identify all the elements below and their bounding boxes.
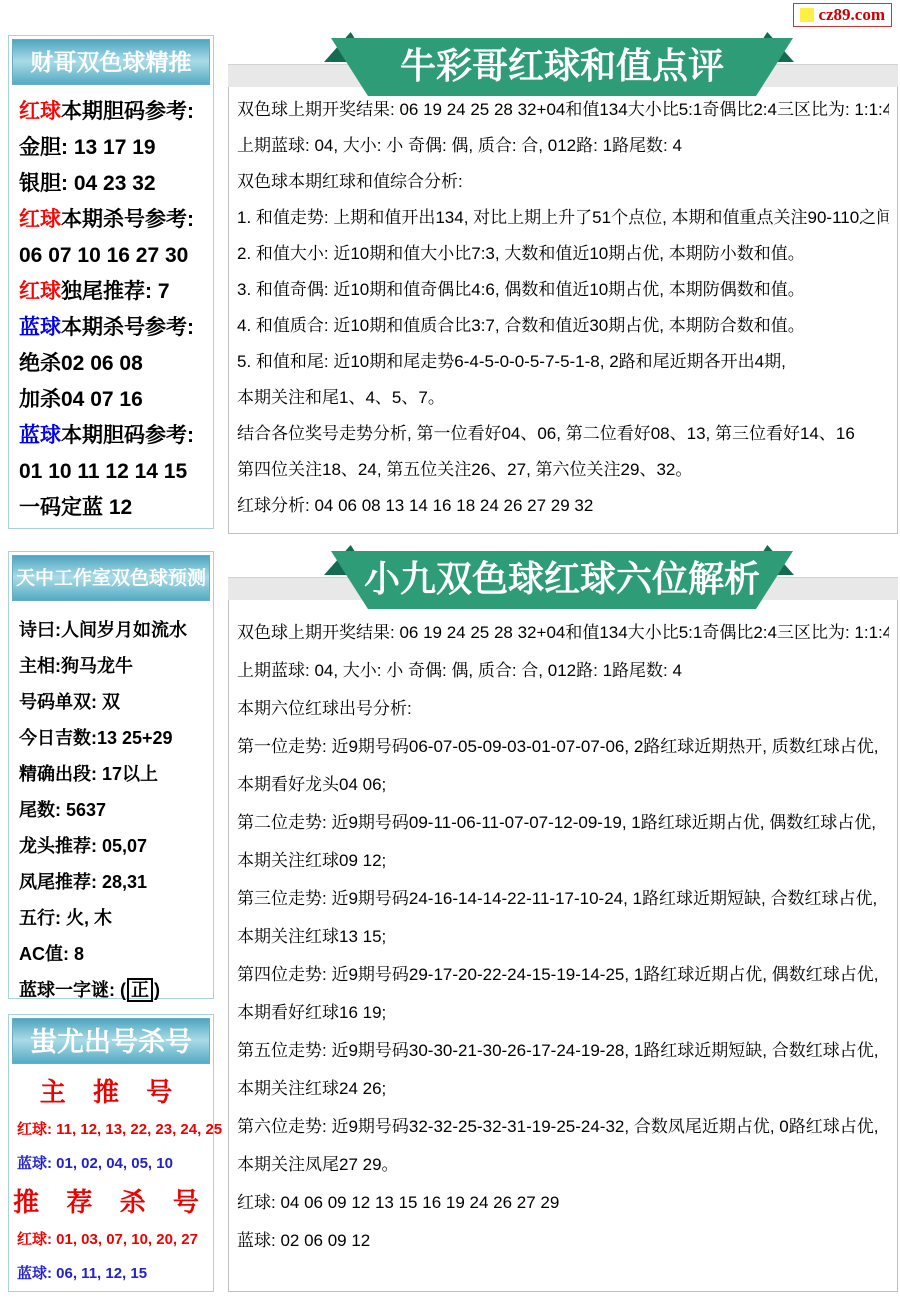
analysis-line: 第四位走势: 近9期号码29-17-20-22-24-15-19-14-25, … (237, 956, 889, 994)
prediction-line: 一码定蓝 12 (19, 490, 213, 526)
ribbon-banner: 牛彩哥红球和值点评 (228, 32, 898, 96)
prediction-line: 红球本期杀号参考: (19, 202, 213, 238)
riddle-boxed-character: 正 (127, 978, 153, 1002)
panel-tianzhong-studio: 天中工作室双色球预测 诗曰:人间岁月如流水 主相:狗马龙牛 号码单双: 双 今日… (8, 551, 214, 999)
panel-body: 红球本期胆码参考: 金胆: 13 17 19 银胆: 04 23 32 红球本期… (9, 88, 213, 526)
logo-square-icon (800, 8, 814, 22)
prediction-line: 五行: 火, 木 (19, 900, 213, 936)
panel-body: 主 推 号 红球: 11, 12, 13, 22, 23, 24, 25 蓝球:… (9, 1067, 213, 1291)
ribbon-banner: 小九双色球红球六位解析 (228, 545, 898, 609)
site-logo[interactable]: cz89.com (793, 3, 892, 27)
analysis-line: 第四位关注18、24, 第五位关注26、27, 第六位关注29、32。 (237, 452, 889, 488)
blue-balls-line: 蓝球: 01, 02, 04, 05, 10 (9, 1147, 213, 1181)
analysis-line: 第五位走势: 近9期号码30-30-21-30-26-17-24-19-28, … (237, 1032, 889, 1070)
prediction-line: 绝杀02 06 08 (19, 346, 213, 382)
analysis-line: 结合各位奖号走势分析, 第一位看好04、06, 第二位看好08、13, 第三位看… (237, 416, 889, 452)
page-root: { "colors": { "ribbon_green": "#2f9c78",… (0, 0, 900, 1298)
analysis-line: 红球分析: 04 06 08 13 14 16 18 24 26 27 29 3… (237, 488, 889, 524)
blue-ball-riddle-line: 蓝球一字谜: (正) (19, 972, 213, 1008)
analysis-line: 第六位走势: 近9期号码32-32-25-32-31-19-25-24-32, … (237, 1108, 889, 1146)
prediction-line: 诗曰:人间岁月如流水 (19, 612, 213, 648)
red-balls-line: 红球: 01, 03, 07, 10, 20, 27 (9, 1223, 213, 1257)
analysis-line: 双色球上期开奖结果: 06 19 24 25 28 32+04和值134大小比5… (237, 614, 889, 652)
prediction-line: 金胆: 13 17 19 (19, 130, 213, 166)
section-niucaige-sum-review: 牛彩哥红球和值点评 双色球上期开奖结果: 06 19 24 25 28 32+0… (228, 32, 898, 534)
panel-title: 天中工作室双色球预测 (12, 555, 210, 601)
section-xiaojiu-six-positions: 小九双色球红球六位解析 双色球上期开奖结果: 06 19 24 25 28 32… (228, 545, 898, 1292)
prediction-line: 01 10 11 12 14 15 (19, 454, 213, 490)
prediction-line: 蓝球本期杀号参考: (19, 310, 213, 346)
prediction-line: 凤尾推荐: 28,31 (19, 864, 213, 900)
heading-main-push: 主 推 号 (9, 1071, 213, 1113)
panel-title: 财哥双色球精推 (12, 39, 210, 85)
heading-recommended-kill: 推 荐 杀 号 (9, 1181, 213, 1223)
prediction-line: 银胆: 04 23 32 (19, 166, 213, 202)
blue-balls-line: 蓝球: 06, 11, 12, 15 (9, 1257, 213, 1291)
banner-title: 牛彩哥红球和值点评 (331, 38, 793, 96)
analysis-line: 1. 和值走势: 上期和值开出134, 对比上期上升了51个点位, 本期和值重点… (237, 200, 889, 236)
analysis-line: 本期关注和尾1、4、5、7。 (237, 380, 889, 416)
analysis-line: 2. 和值大小: 近10期和值大小比7:3, 大数和值近10期占优, 本期防小数… (237, 236, 889, 272)
analysis-line: 双色球上期开奖结果: 06 19 24 25 28 32+04和值134大小比5… (237, 92, 889, 128)
panel-title: 蚩尤出号杀号 (12, 1018, 210, 1064)
analysis-line: 第三位走势: 近9期号码24-16-14-14-22-11-17-10-24, … (237, 880, 889, 918)
prediction-line: 主相:狗马龙牛 (19, 648, 213, 684)
prediction-line: 红球独尾推荐: 7 (19, 274, 213, 310)
analysis-content: 双色球上期开奖结果: 06 19 24 25 28 32+04和值134大小比5… (228, 599, 898, 1292)
prediction-line: 今日吉数:13 25+29 (19, 720, 213, 756)
analysis-line: 第二位走势: 近9期号码09-11-06-11-07-07-12-09-19, … (237, 804, 889, 842)
analysis-line: 本期关注红球13 15; (237, 918, 889, 956)
analysis-line: 上期蓝球: 04, 大小: 小 奇偶: 偶, 质合: 合, 012路: 1路尾数… (237, 652, 889, 690)
panel-chiyou-kill-numbers: 蚩尤出号杀号 主 推 号 红球: 11, 12, 13, 22, 23, 24,… (8, 1014, 214, 1292)
prediction-line: 红球本期胆码参考: (19, 94, 213, 130)
panel-body: 诗曰:人间岁月如流水 主相:狗马龙牛 号码单双: 双 今日吉数:13 25+29… (9, 604, 213, 1008)
prediction-line: 精确出段: 17以上 (19, 756, 213, 792)
prediction-line: AC值: 8 (19, 936, 213, 972)
panel-caige-predictions: 财哥双色球精推 红球本期胆码参考: 金胆: 13 17 19 银胆: 04 23… (8, 35, 214, 529)
analysis-line: 双色球本期红球和值综合分析: (237, 164, 889, 200)
analysis-line: 本期看好龙头04 06; (237, 766, 889, 804)
prediction-line: 06 07 10 16 27 30 (19, 238, 213, 274)
analysis-line: 3. 和值奇偶: 近10期和值奇偶比4:6, 偶数和值近10期占优, 本期防偶数… (237, 272, 889, 308)
blue-balls-summary-line: 蓝球: 02 06 09 12 (237, 1222, 889, 1260)
analysis-line: 上期蓝球: 04, 大小: 小 奇偶: 偶, 质合: 合, 012路: 1路尾数… (237, 128, 889, 164)
analysis-line: 本期关注红球09 12; (237, 842, 889, 880)
analysis-line: 本期看好红球16 19; (237, 994, 889, 1032)
logo-text: cz89.com (818, 5, 885, 25)
analysis-line: 本期六位红球出号分析: (237, 690, 889, 728)
analysis-line: 第一位走势: 近9期号码06-07-05-09-03-01-07-07-06, … (237, 728, 889, 766)
red-balls-line: 红球: 11, 12, 13, 22, 23, 24, 25 (9, 1113, 213, 1147)
prediction-line: 号码单双: 双 (19, 684, 213, 720)
banner-title: 小九双色球红球六位解析 (331, 551, 793, 609)
prediction-line: 加杀04 07 16 (19, 382, 213, 418)
red-balls-summary-line: 红球: 04 06 09 12 13 15 16 19 24 26 27 29 (237, 1184, 889, 1222)
analysis-content: 双色球上期开奖结果: 06 19 24 25 28 32+04和值134大小比5… (228, 86, 898, 534)
analysis-line: 4. 和值质合: 近10期和值质合比3:7, 合数和值近30期占优, 本期防合数… (237, 308, 889, 344)
analysis-line: 5. 和值和尾: 近10期和尾走势6-4-5-0-0-5-7-5-1-8, 2路… (237, 344, 889, 380)
prediction-line: 蓝球本期胆码参考: (19, 418, 213, 454)
analysis-line: 本期关注红球24 26; (237, 1070, 889, 1108)
analysis-line: 本期关注凤尾27 29。 (237, 1146, 889, 1184)
prediction-line: 尾数: 5637 (19, 792, 213, 828)
prediction-line: 龙头推荐: 05,07 (19, 828, 213, 864)
